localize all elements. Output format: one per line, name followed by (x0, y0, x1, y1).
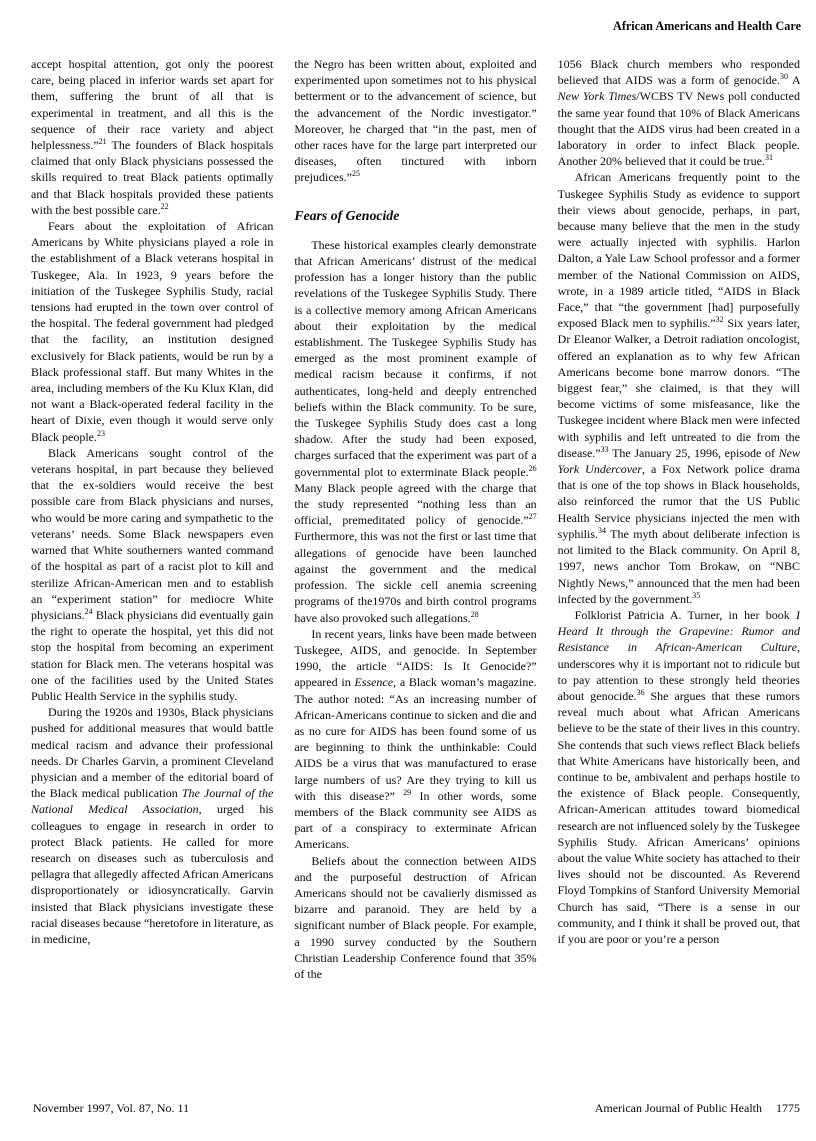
article-body: accept hospital attention, got only the … (31, 56, 800, 1098)
page-footer: November 1997, Vol. 87, No. 11 American … (33, 1101, 800, 1116)
reference-superscript: 27 (529, 512, 537, 521)
reference-superscript: 33 (601, 445, 609, 454)
paragraph: During the 1920s and 1930s, Black physic… (31, 704, 273, 947)
paragraph: the Negro has been written about, exploi… (294, 56, 536, 186)
paragraph: Folklorist Patricia A. Turner, in her bo… (558, 607, 800, 947)
reference-superscript: 29 (403, 788, 411, 797)
reference-superscript: 36 (637, 688, 645, 697)
paragraph: accept hospital attention, got only the … (31, 56, 273, 218)
reference-superscript: 30 (780, 72, 788, 81)
journal-page: African Americans and Health Care accept… (0, 0, 816, 1141)
reference-superscript: 21 (99, 137, 107, 146)
paragraph: These historical examples clearly demons… (294, 237, 536, 626)
text-column-3: 1056 Black church members who responded … (558, 56, 800, 1098)
reference-superscript: 24 (85, 607, 93, 616)
footer-page-number: 1775 (776, 1101, 800, 1116)
italic-text: New York Times (558, 89, 637, 103)
paragraph: In recent years, links have been made be… (294, 626, 536, 853)
running-head-title: African Americans and Health Care (613, 19, 801, 34)
reference-superscript: 26 (529, 464, 537, 473)
footer-journal-name: American Journal of Public Health (595, 1101, 762, 1116)
paragraph: African Americans frequently point to th… (558, 169, 800, 606)
reference-superscript: 35 (692, 591, 700, 600)
italic-text: Essence (354, 675, 393, 689)
paragraph: 1056 Black church members who responded … (558, 56, 800, 169)
section-heading: Fears of Genocide (294, 208, 536, 224)
reference-superscript: 31 (765, 153, 773, 162)
reference-superscript: 28 (471, 610, 479, 619)
reference-superscript: 32 (716, 315, 724, 324)
text-column-1: accept hospital attention, got only the … (31, 56, 273, 1098)
reference-superscript: 34 (598, 526, 606, 535)
paragraph: Beliefs about the connection between AID… (294, 853, 536, 983)
paragraph: Black Americans sought control of the ve… (31, 445, 273, 704)
paragraph: Fears about the exploitation of African … (31, 218, 273, 445)
reference-superscript: 25 (352, 169, 360, 178)
footer-journal-info: American Journal of Public Health 1775 (595, 1101, 800, 1116)
text-column-2: the Negro has been written about, exploi… (294, 56, 536, 1098)
reference-superscript: 22 (161, 202, 169, 211)
footer-issue-info: November 1997, Vol. 87, No. 11 (33, 1101, 189, 1116)
reference-superscript: 23 (97, 429, 105, 438)
